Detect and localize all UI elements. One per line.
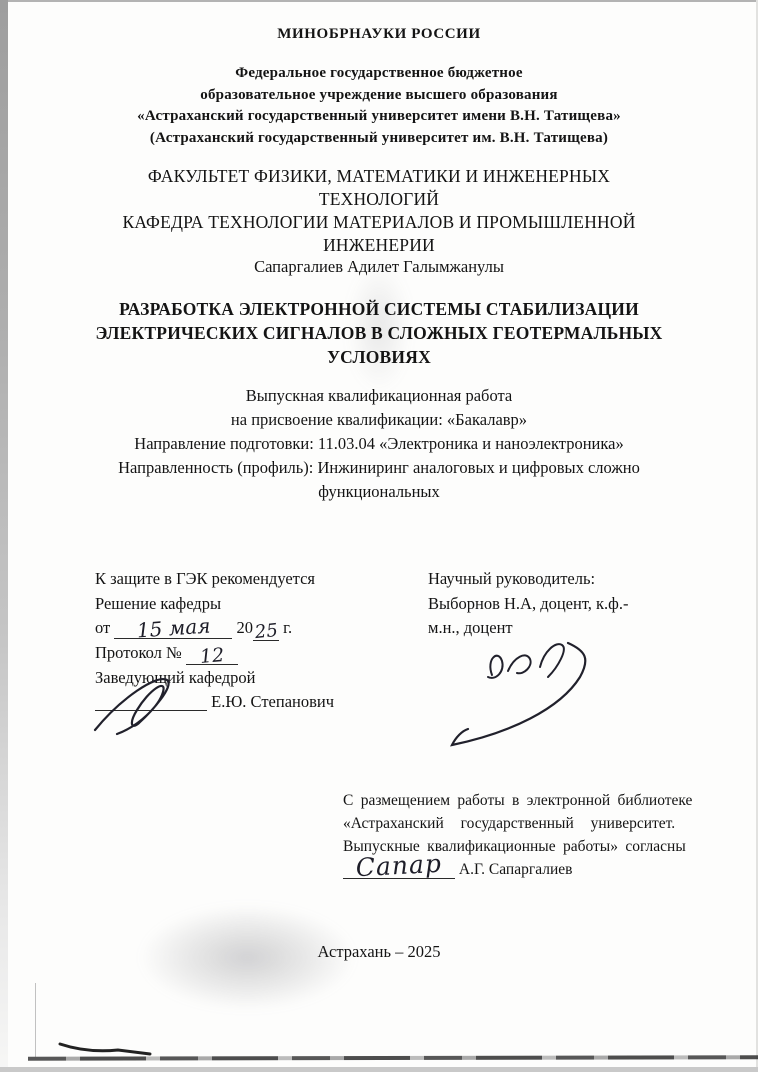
approval-line: Заведующий кафедрой	[95, 666, 425, 691]
approval-line: Решение кафедры	[95, 592, 425, 617]
thesis-title-line: УСЛОВИЯХ	[0, 345, 758, 369]
library-consent-block: С размещением работы в электронной библи…	[343, 789, 751, 881]
department-line: ИНЖЕНЕРИИ	[0, 234, 758, 257]
thesis-title-page: МИНОБРНАУКИ РОССИИ Федеральное государст…	[0, 0, 758, 1072]
head-of-department-name: Е.Ю. Степанович	[211, 692, 334, 711]
university-line: (Астраханский государственный университе…	[0, 128, 758, 150]
scan-line-artifact	[35, 983, 36, 1057]
qualification-block: Выпускная квалификационная работа на при…	[0, 384, 758, 504]
protocol-blank: 12	[186, 644, 238, 665]
committee-approval-block: К защите в ГЭК рекомендуется Решение каф…	[95, 567, 425, 715]
year-suffix: г.	[283, 618, 292, 637]
university-line: образовательное учреждение высшего образ…	[0, 85, 758, 107]
scan-corner-scratch	[58, 1040, 153, 1056]
thesis-title-line: РАЗРАБОТКА ЭЛЕКТРОННОЙ СИСТЕМЫ СТАБИЛИЗА…	[0, 297, 758, 321]
city-year-footer: Астрахань – 2025	[0, 942, 758, 962]
library-consent-line: С размещением работы в электронной библи…	[343, 789, 751, 812]
handwritten-protocol-number: 12	[199, 643, 225, 670]
student-signature-blank: Сапар	[343, 858, 455, 879]
faculty-line: ФАКУЛЬТЕТ ФИЗИКИ, МАТЕМАТИКИ И ИНЖЕНЕРНЫ…	[0, 165, 758, 188]
university-block: Федеральное государственное бюджетное об…	[0, 63, 758, 149]
approval-signature-line: Е.Ю. Степанович	[95, 690, 425, 715]
ministry-header: МИНОБРНАУКИ РОССИИ	[0, 26, 758, 43]
university-line: «Астраханский государственный университе…	[0, 106, 758, 128]
scan-edge-top	[0, 0, 758, 2]
year-blank: 25	[253, 620, 279, 641]
approval-line: К защите в ГЭК рекомендуется	[95, 567, 425, 592]
handwritten-year: 25	[253, 619, 278, 646]
supervisor-label: Научный руководитель:	[428, 567, 738, 592]
scan-edge-left	[0, 0, 8, 1072]
thesis-title: РАЗРАБОТКА ЭЛЕКТРОННОЙ СИСТЕМЫ СТАБИЛИЗА…	[0, 297, 758, 369]
author-name: Сапаргалиев Адилет Галымжанулы	[0, 257, 758, 277]
supervisor-signature	[440, 633, 630, 751]
faculty-line: ТЕХНОЛОГИЙ	[0, 188, 758, 211]
qualification-line: функциональных	[0, 480, 758, 504]
supervisor-name-line: Выборнов Н.А, доцент, к.ф.-	[428, 592, 738, 617]
student-name: А.Г. Сапаргалиев	[459, 861, 573, 878]
library-consent-line: «Астраханский государственный университе…	[343, 812, 751, 835]
handwritten-student-signature: Сапар	[355, 852, 442, 879]
qualification-line: на присвоение квалификации: «Бакалавр»	[0, 408, 758, 432]
library-signature-line: Сапар А.Г. Сапаргалиев	[343, 858, 751, 881]
date-prefix: от	[95, 618, 110, 637]
head-signature-blank	[95, 690, 207, 711]
faculty-department-block: ФАКУЛЬТЕТ ФИЗИКИ, МАТЕМАТИКИ И ИНЖЕНЕРНЫ…	[0, 165, 758, 257]
thesis-title-line: ЭЛЕКТРИЧЕСКИХ СИГНАЛОВ В СЛОЖНЫХ ГЕОТЕРМ…	[0, 321, 758, 345]
scan-edge-bottom	[0, 1067, 758, 1072]
date-blank: 15 мая	[114, 618, 232, 639]
qualification-line: Выпускная квалификационная работа	[0, 384, 758, 408]
year-prefix: 20	[237, 618, 254, 637]
university-line: Федеральное государственное бюджетное	[0, 63, 758, 85]
department-line: КАФЕДРА ТЕХНОЛОГИИ МАТЕРИАЛОВ И ПРОМЫШЛЕ…	[0, 211, 758, 234]
protocol-label: Протокол №	[95, 643, 182, 662]
qualification-line: Направленность (профиль): Инжиниринг ана…	[0, 456, 758, 480]
scan-scratch-line	[28, 1055, 758, 1061]
qualification-line: Направление подготовки: 11.03.04 «Электр…	[0, 432, 758, 456]
supervisor-name-line: м.н., доцент	[428, 616, 738, 641]
supervisor-block: Научный руководитель: Выборнов Н.А, доце…	[428, 567, 738, 641]
handwritten-date: 15 мая	[136, 613, 211, 643]
approval-date-line: от 15 мая 2025 г.	[95, 616, 425, 641]
